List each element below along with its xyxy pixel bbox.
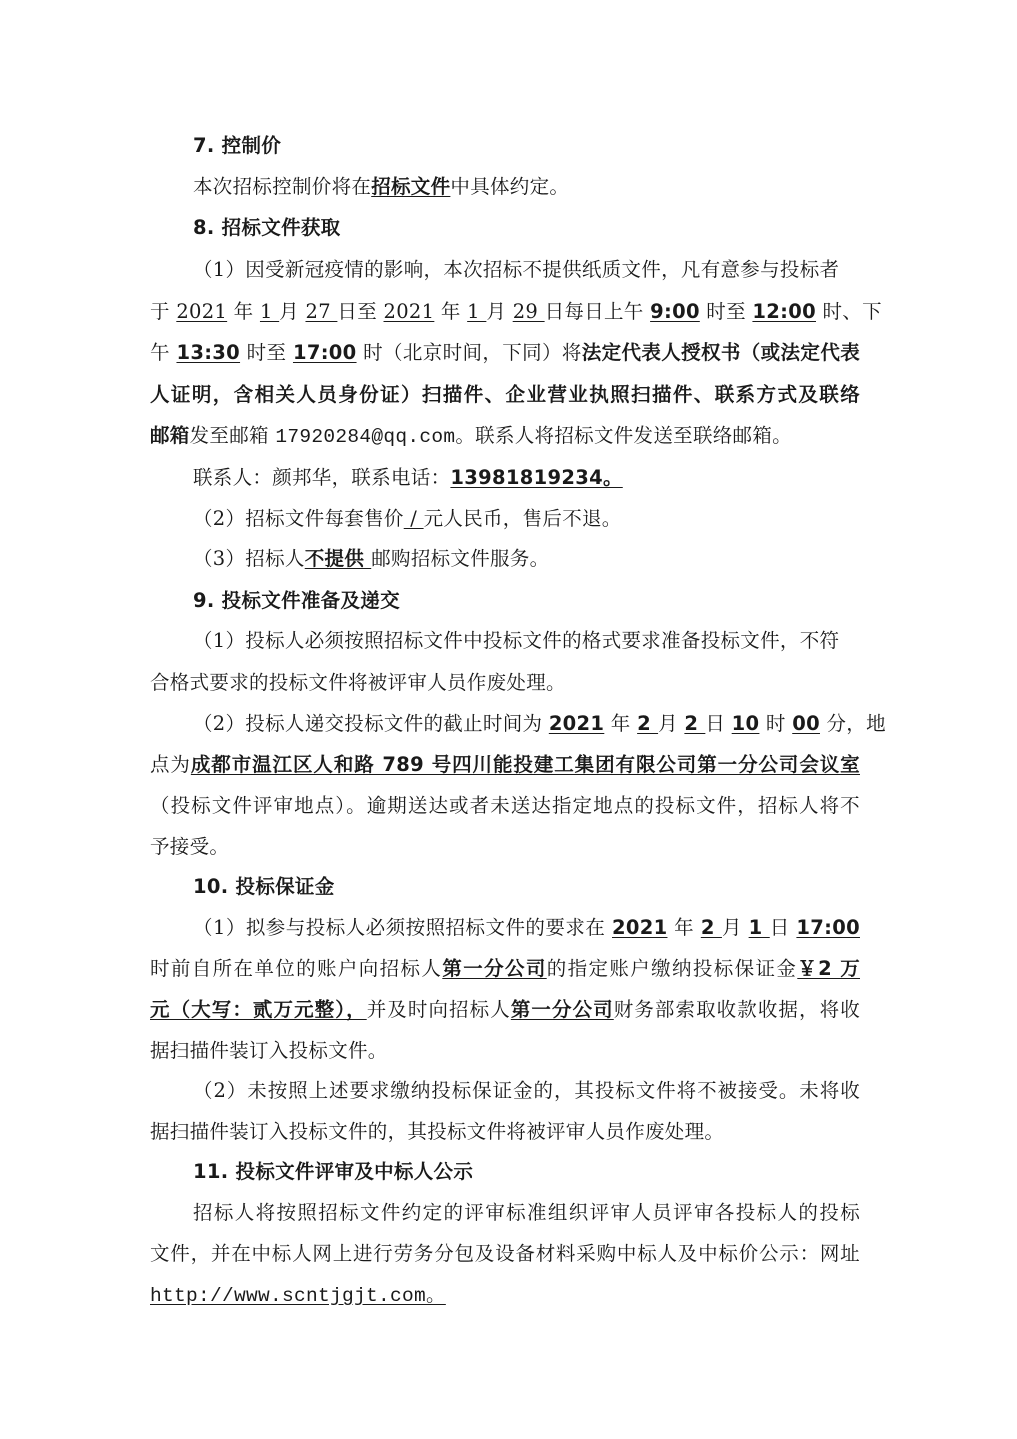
- deposit-amount-words: 元（大写：贰万元整），: [150, 998, 367, 1021]
- section-11-p1-line1: 招标人将按照招标文件约定的评审标准组织评审人员评审各投标人的投标: [193, 1200, 860, 1226]
- underlined-term: 不提供: [305, 547, 372, 570]
- section-11-url-line: http://www.scntjgjt.com。: [150, 1282, 860, 1309]
- month-value: 2: [637, 712, 658, 735]
- price-value: /: [404, 507, 424, 530]
- email-address: 17920284@qq.com: [275, 426, 455, 448]
- website-link[interactable]: http://www.scntjgjt.com。: [150, 1285, 446, 1307]
- section-9-p1-line2: 合格式要求的投标文件将被评审人员作废处理。: [150, 670, 860, 696]
- section-10-p1-line2: 时前自所在单位的账户向招标人第一分公司的指定账户缴纳投标保证金￥2 万: [150, 956, 860, 982]
- section-8-p1-line4: 人证明，含相关人员身份证）扫描件、企业营业执照扫描件、联系方式及联络: [150, 382, 860, 408]
- text: 中具体约定。: [450, 175, 569, 198]
- time-value: 17:00: [796, 916, 860, 939]
- section-8-heading: 8. 招标文件获取: [193, 215, 860, 241]
- time-value: 12:00: [752, 300, 816, 323]
- year-value: 2021: [176, 300, 227, 323]
- day-value: 29: [513, 300, 545, 323]
- minute-value: 00: [792, 712, 820, 735]
- company-name: 第一分公司: [511, 998, 614, 1021]
- day-value: 27: [305, 300, 337, 323]
- section-8-p1-line2: 于 2021 年 1 月 27 日至 2021 年 1 月 29 日每日上午 9…: [150, 299, 860, 325]
- month-value: 1: [260, 300, 279, 323]
- section-8-p1-line5: 邮箱发至邮箱 17920284@qq.com。联系人将招标文件发送至联络邮箱。: [150, 423, 860, 450]
- section-10-heading: 10. 投标保证金: [193, 874, 860, 900]
- section-9-p1-line1: （1）投标人必须按照招标文件中投标文件的格式要求准备投标文件，不符: [193, 628, 860, 654]
- underlined-term: 招标文件: [371, 175, 450, 198]
- section-7-heading: 7. 控制价: [193, 133, 860, 159]
- section-8-p3: （3）招标人不提供 邮购招标文件服务。: [193, 546, 860, 572]
- time-value: 13:30: [176, 341, 240, 364]
- section-9-p2-line4: 予接受。: [150, 834, 860, 860]
- contact-line: 联系人：颜邦华，联系电话：13981819234。: [193, 465, 860, 491]
- section-8-p1-line3: 午 13:30 时至 17:00 时（北京时间，下同）将法定代表人授权书（或法定…: [150, 340, 860, 366]
- deposit-amount: ￥2 万: [797, 957, 860, 980]
- bold-text: 法定代表人授权书（或法定代表: [582, 341, 860, 364]
- day-value: 2: [684, 712, 705, 735]
- year-value: 2021: [612, 916, 667, 939]
- section-10-p1-line1: （1）拟参与投标人必须按照招标文件的要求在 2021 年 2 月 1 日 17:…: [193, 915, 860, 941]
- bold-text: 邮箱: [150, 424, 190, 447]
- time-value: 17:00: [293, 341, 357, 364]
- year-value: 2021: [384, 300, 435, 323]
- section-9-p2-line2: 点为成都市温江区人和路 789 号四川能投建工集团有限公司第一分公司会议室: [150, 752, 860, 778]
- section-8-p1-line1: （1）因受新冠疫情的影响，本次招标不提供纸质文件，凡有意参与投标者: [193, 257, 860, 283]
- address: 成都市温江区人和路 789 号四川能投建工集团有限公司第一分公司会议室: [191, 753, 860, 776]
- text: 本次招标控制价将在: [193, 175, 371, 198]
- month-value: 1: [467, 300, 486, 323]
- section-11-heading: 11. 投标文件评审及中标人公示: [193, 1159, 860, 1185]
- section-8-p2: （2）招标文件每套售价 / 元人民币，售后不退。: [193, 506, 860, 532]
- company-name: 第一分公司: [442, 957, 546, 980]
- section-9-p2-line1: （2）投标人递交投标文件的截止时间为 2021 年 2 月 2 日 10 时 0…: [193, 711, 860, 737]
- hour-value: 10: [732, 712, 760, 735]
- section-10-p2-line2: 据扫描件装订入投标文件的，其投标文件将被评审人员作废处理。: [150, 1119, 860, 1145]
- section-10-p1-line3: 元（大写：贰万元整），并及时向招标人第一分公司财务部索取收款收据，将收: [150, 997, 860, 1023]
- section-11-p1-line2: 文件，并在中标人网上进行劳务分包及设备材料采购中标人及中标价公示：网址: [150, 1241, 860, 1267]
- document-page: 7. 控制价 本次招标控制价将在招标文件中具体约定。 8. 招标文件获取 （1）…: [0, 0, 1017, 1439]
- contact-label: 联系人：颜邦华，联系电话：: [193, 466, 450, 489]
- section-7-paragraph: 本次招标控制价将在招标文件中具体约定。: [193, 174, 860, 200]
- section-9-heading: 9. 投标文件准备及递交: [193, 588, 860, 614]
- time-value: 9:00: [650, 300, 700, 323]
- section-10-p2-line1: （2）未按照上述要求缴纳投标保证金的，其投标文件将不被接受。未将收: [193, 1078, 860, 1104]
- year-value: 2021: [549, 712, 604, 735]
- section-10-p1-line4: 据扫描件装订入投标文件。: [150, 1038, 860, 1064]
- section-9-p2-line3: （投标文件评审地点）。逾期送达或者未送达指定地点的投标文件，招标人将不: [150, 793, 860, 819]
- day-value: 1: [749, 916, 770, 939]
- month-value: 2: [701, 916, 722, 939]
- phone-number: 13981819234。: [450, 466, 622, 489]
